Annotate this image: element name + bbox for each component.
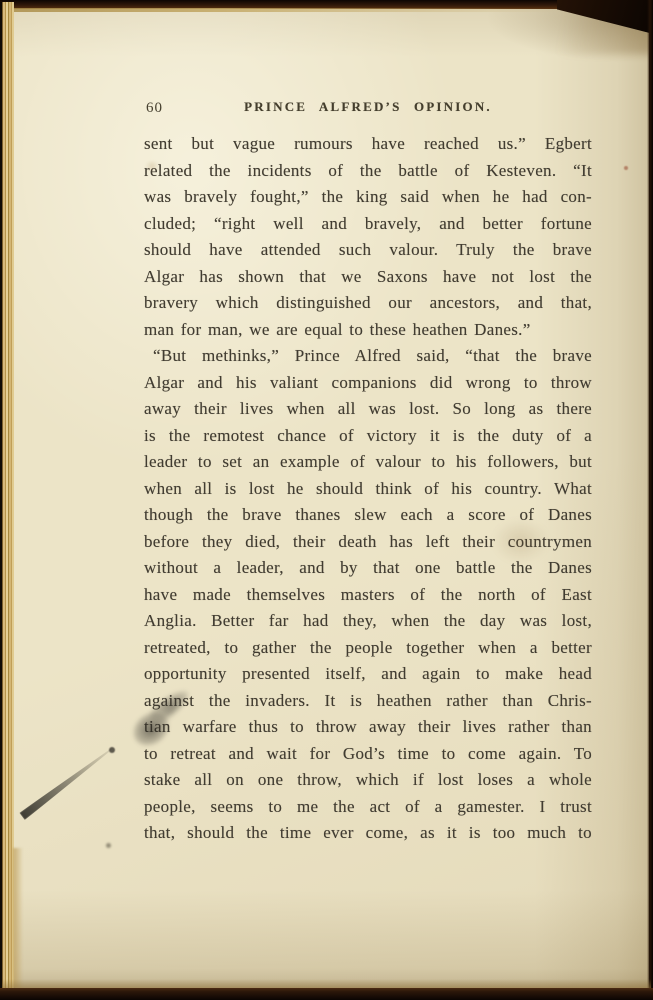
text-line: was bravely fought,” the king said when … [144,184,592,211]
binding-edge-right [647,0,653,1000]
text-line: retreated, to gather the people together… [144,635,592,662]
text-line: Algar has shown that we Saxons have not … [144,264,592,291]
text-line: sent but vague rumours have reached us.”… [144,131,592,158]
text-line: opportunity presented itself, and again … [144,661,592,688]
page-stack-edge-top [0,8,560,12]
page-number: 60 [146,100,163,117]
text-line: when all is lost he should think of his … [144,476,592,503]
text-line: people, seems to me the act of a gameste… [144,794,592,821]
text-line: to retreat and wait for God’s time to co… [144,741,592,768]
text-line: without a leader, and by that one battle… [144,555,592,582]
text-line: before they died, their death has left t… [144,529,592,556]
text-line: against the invaders. It is heathen rath… [144,688,592,715]
page-stack-edge-bottom [2,979,651,988]
text-line: Algar and his valiant companions did wro… [144,370,592,397]
text-line: cluded; “right well and bravely, and bet… [144,211,592,238]
text-line: “But methinks,” Prince Alfred said, “tha… [144,343,592,370]
text-line: away their lives when all was lost. So l… [144,396,592,423]
page-stack-edge-left-foot [13,848,23,988]
text-line: stake all on one throw, which if lost lo… [144,767,592,794]
running-header: PRINCE ALFRED’S OPINION. [144,99,592,115]
text-line: though the brave thanes slew each a scor… [144,502,592,529]
page-stack-edge-left [0,2,14,998]
text-line: is the remotest chance of victory it is … [144,423,592,450]
book-scan: 60 PRINCE ALFRED’S OPINION. sent but vag… [0,0,653,1000]
text-line: man for man, we are equal to these heath… [144,317,592,344]
page-header: 60 PRINCE ALFRED’S OPINION. [144,99,592,119]
text-block: sent but vague rumours have reached us.”… [144,131,592,847]
text-line: related the incidents of the battle of K… [144,158,592,185]
text-line: tian warfare thus to throw away their li… [144,714,592,741]
text-line: leader to set an example of valour to hi… [144,449,592,476]
text-line: bravery which distinguished our ancestor… [144,290,592,317]
text-line: Anglia. Better far had they, when the da… [144,608,592,635]
binding-edge-bottom [0,988,653,1000]
text-line: should have attended such valour. Truly … [144,237,592,264]
text-line: have made themselves masters of the nort… [144,582,592,609]
text-line: that, should the time ever come, as it i… [144,820,592,847]
